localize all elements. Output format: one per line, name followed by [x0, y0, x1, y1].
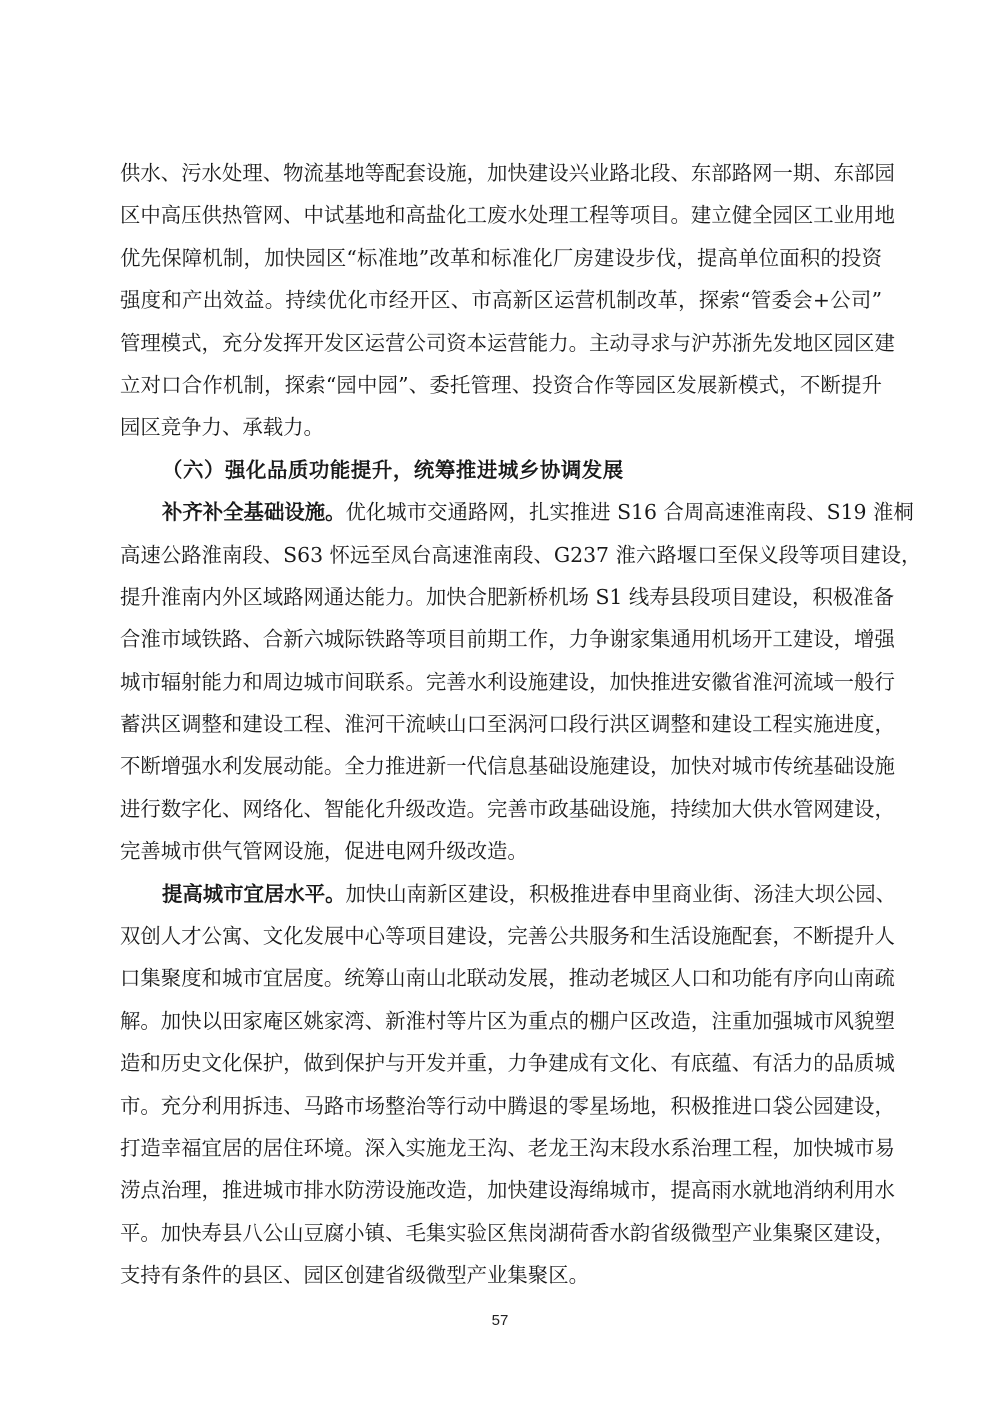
text-line: 平。加快寿县八公山豆腐小镇、毛集实验区焦岗湖荷香水韵省级微型产业集聚区建设， [120, 1212, 882, 1254]
text-line: 区中高压供热管网、中试基地和高盐化工废水处理工程等项目。建立健全园区工业用地 [120, 194, 882, 236]
text-line: 打造幸福宜居的居住环境。深入实施龙王沟、老龙王沟末段水系治理工程，加快城市易 [120, 1127, 882, 1169]
text-line: 合淮市域铁路、合新六城际铁路等项目前期工作，力争谢家集通用机场开工建设，增强 [120, 618, 882, 660]
text-line: 造和历史文化保护，做到保护与开发并重，力争建成有文化、有底蕴、有活力的品质城 [120, 1042, 882, 1084]
text-span: 优化城市交通路网，扎实推进 S16 合周高速淮南段、S19 淮桐 [346, 500, 914, 524]
text-line: 不断增强水利发展动能。全力推进新一代信息基础设施建设，加快对城市传统基础设施 [120, 745, 882, 787]
text-line: 管理模式，充分发挥开发区运营公司资本运营能力。主动寻求与沪苏浙先发地区园区建 [120, 322, 882, 364]
continued-paragraph: 供水、污水处理、物流基地等配套设施，加快建设兴业路北段、东部路网一期、东部园 区… [120, 152, 882, 449]
document-page: 供水、污水处理、物流基地等配套设施，加快建设兴业路北段、东部路网一期、东部园 区… [120, 152, 882, 1297]
text-line: 园区竞争力、承载力。 [120, 406, 882, 448]
text-line: 解。加快以田家庵区姚家湾、新淮村等片区为重点的棚户区改造，注重加强城市风貌塑 [120, 1000, 882, 1042]
paragraph-lead: 提高城市宜居水平。 [162, 882, 346, 906]
text-line: 支持有条件的县区、园区创建省级微型产业集聚区。 [120, 1254, 882, 1296]
text-line: 蓄洪区调整和建设工程、淮河干流峡山口至涡河口段行洪区调整和建设工程实施进度， [120, 703, 882, 745]
text-line: 提升淮南内外区域路网通达能力。加快合肥新桥机场 S1 线寿县段项目建设，积极准备 [120, 576, 882, 618]
text-line: 优先保障机制，加快园区“标准地”改革和标准化厂房建设步伐，提高单位面积的投资 [120, 237, 882, 279]
text-line: 进行数字化、网络化、智能化升级改造。完善市政基础设施，持续加大供水管网建设， [120, 788, 882, 830]
paragraph-lead: 补齐补全基础设施。 [162, 500, 346, 524]
text-line: 城市辐射能力和周边城市间联系。完善水利设施建设，加快推进安徽省淮河流域一般行 [120, 661, 882, 703]
text-line: 强度和产出效益。持续优化市经开区、市高新区运营机制改革，探索“管委会+公司” [120, 279, 882, 321]
paragraph-infrastructure: 补齐补全基础设施。优化城市交通路网，扎实推进 S16 合周高速淮南段、S19 淮… [120, 491, 882, 873]
text-line: 立对口合作机制，探索“园中园”、委托管理、投资合作等园区发展新模式，不断提升 [120, 364, 882, 406]
text-line: 完善城市供气管网设施，促进电网升级改造。 [120, 830, 882, 872]
text-line: 口集聚度和城市宜居度。统筹山南山北联动发展，推动老城区人口和功能有序向山南疏 [120, 957, 882, 999]
text-line: 市。充分利用拆违、马路市场整治等行动中腾退的零星场地，积极推进口袋公园建设， [120, 1085, 882, 1127]
paragraph-livability: 提高城市宜居水平。加快山南新区建设，积极推进春申里商业街、汤洼大坝公园、 双创人… [120, 873, 882, 1297]
text-line: 涝点治理，推进城市排水防涝设施改造，加快建设海绵城市，提高雨水就地消纳利用水 [120, 1169, 882, 1211]
text-line: 供水、污水处理、物流基地等配套设施，加快建设兴业路北段、东部路网一期、东部园 [120, 152, 882, 194]
section-heading: （六）强化品质功能提升，统筹推进城乡协调发展 [120, 449, 882, 491]
text-line: 双创人才公寓、文化发展中心等项目建设，完善公共服务和生活设施配套，不断提升人 [120, 915, 882, 957]
text-line: 提高城市宜居水平。加快山南新区建设，积极推进春申里商业街、汤洼大坝公园、 [120, 873, 882, 915]
text-line: 补齐补全基础设施。优化城市交通路网，扎实推进 S16 合周高速淮南段、S19 淮… [120, 491, 882, 533]
text-line: 高速公路淮南段、S63 怀远至凤台高速淮南段、G237 淮六路堰口至保义段等项目… [120, 534, 882, 576]
page-number: 57 [0, 1312, 1000, 1329]
text-span: 加快山南新区建设，积极推进春申里商业街、汤洼大坝公园、 [346, 882, 897, 906]
